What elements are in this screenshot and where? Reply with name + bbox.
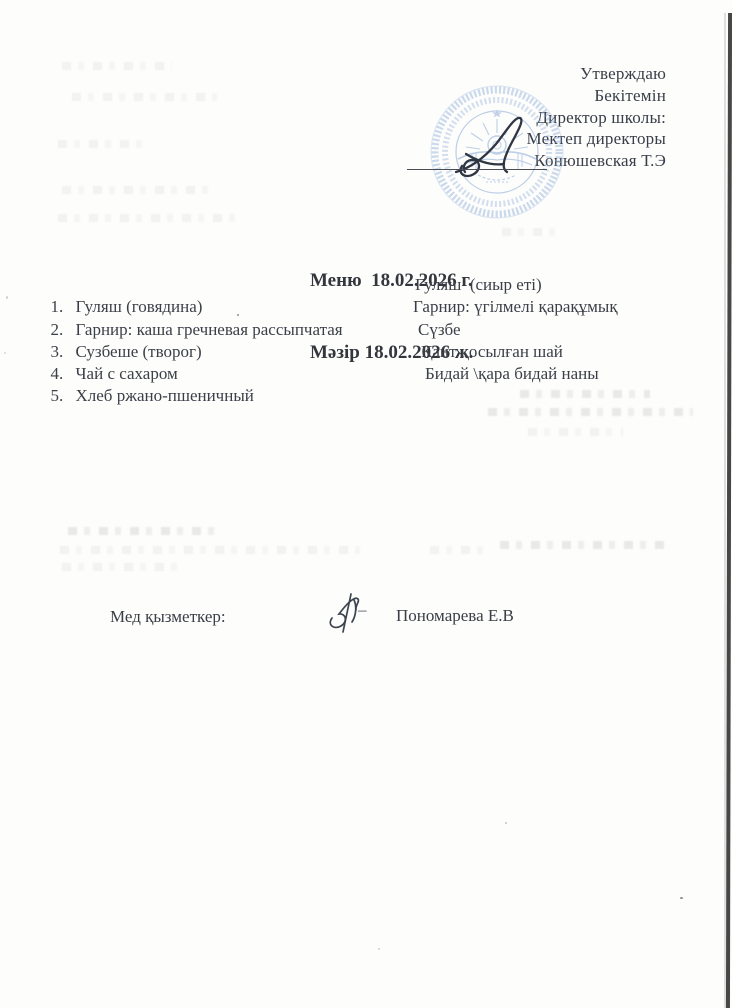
menu-item-kz: Гуляш (сиыр еті)	[415, 274, 542, 296]
scan-edge-line	[726, 13, 732, 1008]
menu-row: 1.Гуляш (говядина) Гуляш (сиыр еті)	[25, 274, 343, 296]
menu-item-kz: Сүзбе	[418, 319, 461, 341]
menu-row: 2.Гарнир: каша гречневая рассыпчатая Гар…	[25, 296, 343, 318]
bleed-through-mark	[528, 428, 623, 436]
scan-speck	[4, 352, 6, 354]
menu-item-kz: Гарнир: үгілмелі қарақұмық	[413, 296, 618, 318]
menu-row: 3.Сузбеше (творог) Сүзбе	[25, 319, 343, 341]
scan-speck	[505, 822, 507, 824]
bleed-through-mark	[72, 93, 217, 101]
scanned-menu-document: Утверждаю Бекітемін Директор школы: Мект…	[0, 0, 732, 1008]
menu-item-ru: Хлеб ржано-пшеничный	[76, 386, 254, 405]
scan-speck	[237, 314, 239, 316]
bleed-through-mark	[500, 541, 670, 549]
menu-list: 1.Гуляш (говядина) Гуляш (сиыр еті) 2.Га…	[25, 274, 343, 385]
scan-edge-shadow	[724, 13, 726, 1008]
bleed-through-mark	[62, 186, 212, 194]
bleed-through-mark	[60, 546, 360, 554]
bleed-through-mark	[430, 546, 492, 554]
footer-dash: –	[358, 600, 367, 620]
bleed-through-mark	[62, 62, 172, 70]
menu-item-number: 5.	[51, 385, 76, 407]
med-worker-name: Пономарева Е.В	[396, 606, 514, 626]
bleed-through-mark	[68, 527, 218, 535]
menu-row: 4.Чай с сахаром Қант қосылған шай	[25, 341, 343, 363]
bleed-through-mark	[520, 390, 650, 398]
bleed-through-mark	[58, 214, 243, 222]
scan-speck	[680, 897, 683, 899]
scan-speck	[6, 296, 8, 299]
bleed-through-mark	[62, 563, 182, 571]
bleed-through-mark	[502, 228, 560, 236]
menu-row: 5.Хлеб ржано-пшеничный Бидай \қара бидай…	[25, 363, 343, 385]
bleed-through-mark	[488, 408, 693, 416]
signature-underline	[407, 169, 547, 170]
approval-line-utverzhdayu: Утверждаю	[527, 63, 666, 85]
bleed-through-mark	[58, 140, 150, 148]
menu-item-kz: Қант қосылған шай	[421, 341, 563, 363]
menu-item-kz: Бидай \қара бидай наны	[425, 363, 599, 385]
med-worker-label: Мед қызметкер:	[110, 607, 226, 627]
scan-speck	[378, 948, 380, 950]
